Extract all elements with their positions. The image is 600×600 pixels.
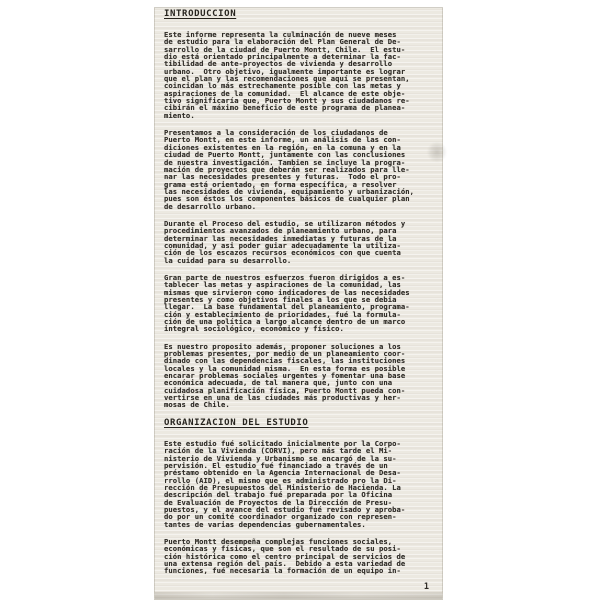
organization-paragraph-1: Este estudio fué solicitado inicialmente… [164,440,420,528]
scanned-page: INTRODUCCION Este informe representa la … [154,7,443,600]
heading-text: INTRODUCCION [164,9,236,19]
page-content: INTRODUCCION Este informe representa la … [164,10,420,585]
organization-paragraph-2: Puerto Montt desempeña complejas funcion… [164,538,420,575]
scan-smudge-artifact [427,142,447,162]
scan-background: INTRODUCCION Este informe representa la … [0,0,600,600]
section-heading-organizacion: ORGANIZACION DEL ESTUDIO [164,419,420,428]
intro-paragraph-4: Gran parte de nuestros esfuerzos fueron … [164,274,420,333]
intro-paragraph-1: Este informe representa la culminación d… [164,31,420,119]
section-heading-introduccion: INTRODUCCION [164,10,420,19]
heading-text: ORGANIZACION DEL ESTUDIO [164,418,308,428]
intro-paragraph-5: Es nuestro proposito además, proponer so… [164,343,420,409]
page-number: 1 [424,582,429,592]
intro-paragraph-3: Durante el Proceso del estudio, se utili… [164,220,420,264]
intro-paragraph-2: Presentamos a la consideración de los ci… [164,129,420,210]
scan-edge-shadow [155,592,442,599]
